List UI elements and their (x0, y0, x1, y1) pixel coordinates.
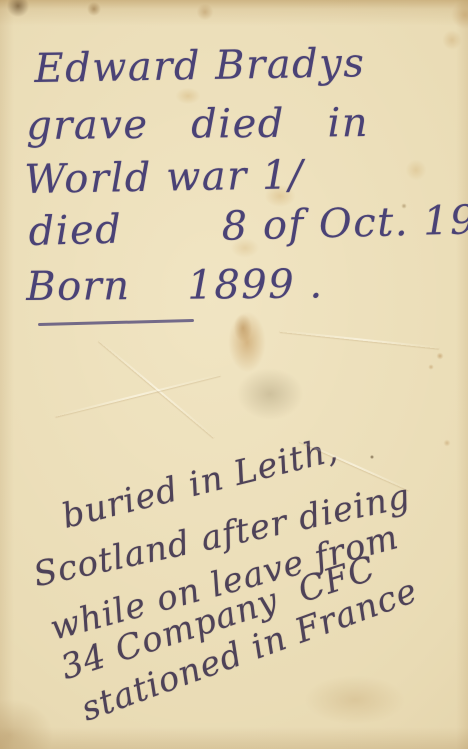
underline-mark (38, 319, 194, 326)
handwritten-line-born-year: Born 1899 . (26, 261, 324, 310)
handwritten-line-name: Edward Bradys (34, 40, 366, 92)
crease-mark (280, 330, 439, 349)
aged-photo-back: Edward Bradys grave died in World war 1/… (0, 0, 468, 749)
handwritten-line-war: World war 1/ (24, 152, 304, 203)
handwritten-line-died-date: died 8 of Oct. 1918 (28, 196, 468, 255)
handwritten-line-grave: grave died in (26, 100, 369, 149)
crease-mark (55, 374, 220, 417)
